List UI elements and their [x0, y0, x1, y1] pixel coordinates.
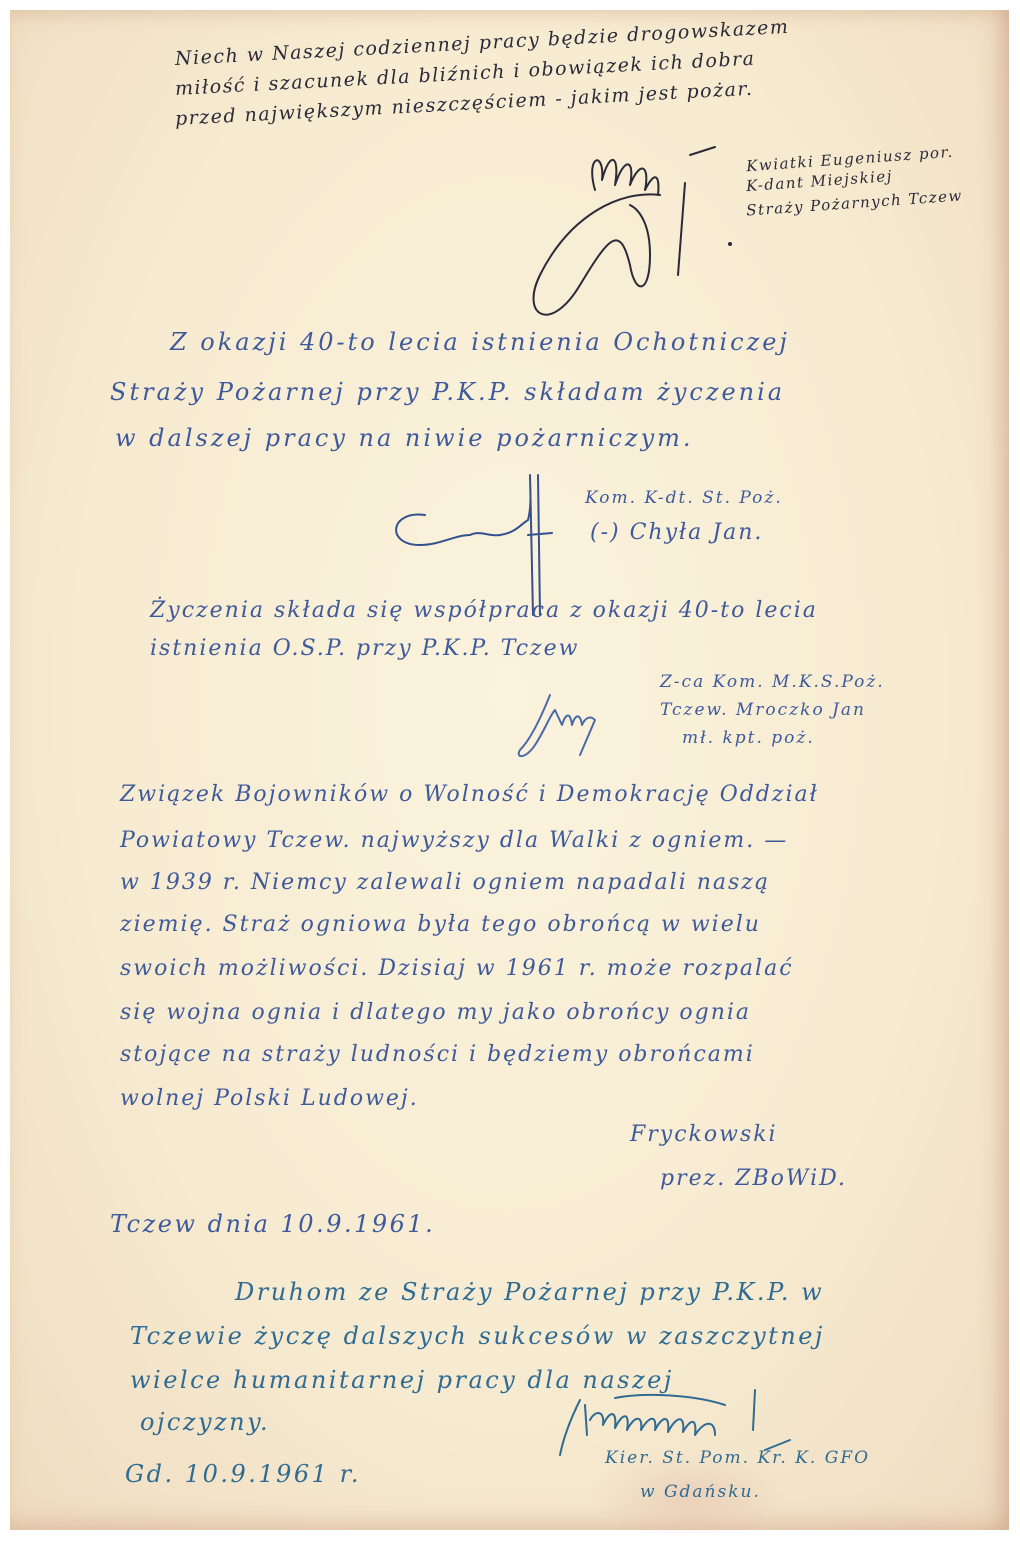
entry-4-line-5: swoich możliwości. Dzisiaj w 1961 r. moż…: [120, 956, 794, 981]
entry-5-title-line-1: Kier. St. Pom. Kr. K. GFO: [605, 1448, 870, 1468]
entry-2-line-2: Straży Pożarnej przy P.K.P. składam życz…: [110, 378, 785, 406]
entry-3-title-line-1: Z-ca Kom. M.K.S.Poż.: [660, 672, 885, 692]
entry-4-title-line-1: prez. ZBoWiD.: [660, 1166, 847, 1191]
entry-3-line-1: Życzenia składa się współpraca z okazji …: [150, 598, 818, 623]
entry-2-signature: [380, 465, 580, 615]
ink-dot: [728, 242, 732, 246]
entry-2-title-line-1: Kom. K-dt. St. Poż.: [585, 488, 783, 508]
entry-4-line-1: Związek Bojowników o Wolność i Demokracj…: [120, 782, 819, 807]
entry-4-signature: Fryckowski: [630, 1122, 778, 1147]
entry-4-line-8: wolnej Polski Ludowej.: [120, 1086, 419, 1111]
entry-4-line-6: się wojna ognia i dlatego my jako obrońc…: [120, 1000, 751, 1025]
entry-3-signature: [510, 680, 630, 770]
entry-4-line-3: w 1939 r. Niemcy zalewali ogniem napadal…: [120, 870, 770, 895]
entry-4-line-4: ziemię. Straż ogniowa była tego obrońcą …: [120, 912, 761, 937]
entry-3-line-2: istnienia O.S.P. przy P.K.P. Tczew: [150, 636, 580, 661]
entry-2-line-3: w dalszej pracy na niwie pożarniczym.: [115, 424, 694, 452]
entry-5-line-4: ojczyzny.: [140, 1408, 270, 1436]
entry-4-line-7: stojące na straży ludności i będziemy ob…: [120, 1042, 755, 1067]
entry-5-title-line-2: w Gdańsku.: [640, 1482, 761, 1502]
entry-4-line-2: Powiatowy Tczew. najwyższy dla Walki z o…: [120, 828, 788, 853]
entry-3-title-line-3: mł. kpt. poż.: [682, 728, 815, 748]
entry-5-line-1: Druhom ze Straży Pożarnej przy P.K.P. w: [235, 1278, 824, 1306]
entry-4-date: Tczew dnia 10.9.1961.: [110, 1210, 435, 1238]
document-page: Niech w Naszej codziennej pracy będzie d…: [10, 10, 1009, 1530]
entry-2-line-1: Z okazji 40-to lecia istnienia Ochotnicz…: [170, 328, 790, 356]
entry-5-line-2: Tczewie życzę dalszych sukcesów w zaszcz…: [130, 1322, 825, 1350]
entry-5-date: Gd. 10.9.1961 r.: [125, 1460, 361, 1488]
entry-2-title-line-2: (-) Chyła Jan.: [590, 520, 763, 545]
entry-1-signature: [510, 135, 730, 305]
entry-3-title-line-2: Tczew. Mroczko Jan: [660, 700, 866, 720]
